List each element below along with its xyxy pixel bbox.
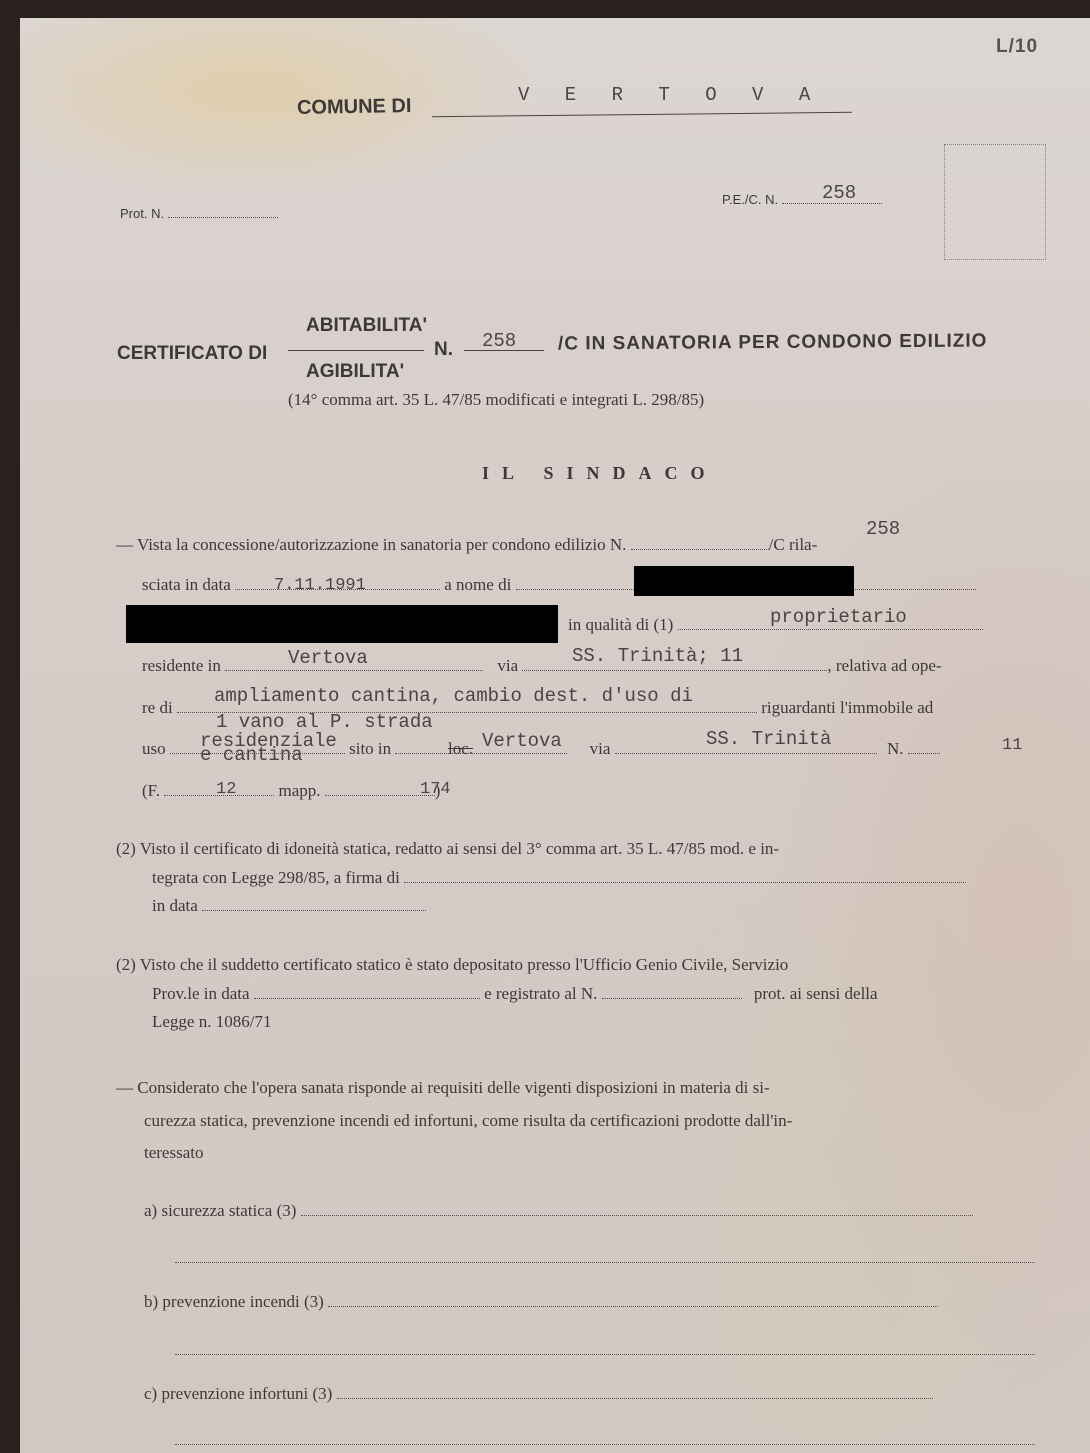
certificate-label: CERTIFICATO DI — [117, 343, 267, 365]
deposito-data-input[interactable] — [254, 997, 480, 999]
residenza-value[interactable]: Vertova — [288, 647, 368, 669]
vista-line-1: — Vista la concessione/autorizzazione in… — [116, 535, 817, 555]
deposito-line-2: Prov.le in data e registrato al N. prot.… — [152, 984, 878, 1004]
redacted-owner-name — [634, 566, 854, 596]
idoneita-data-input[interactable] — [202, 909, 426, 911]
pec-label: P.E./C. N. — [722, 192, 778, 207]
vista-text: mapp. — [279, 781, 321, 800]
requisito-prevenzione-infortuni: c) prevenzione infortuni (3) — [144, 1384, 933, 1404]
vista-text: /C rila- — [769, 535, 818, 554]
residenza-line[interactable] — [225, 669, 483, 671]
via-immobile-value[interactable]: SS. Trinità — [706, 728, 831, 750]
prot-label: Prot. N. — [120, 206, 164, 221]
comune-label: COMUNE DI — [297, 95, 412, 120]
civico-value[interactable]: 11 — [1002, 736, 1022, 755]
vista-text: — Vista la concessione/autorizzazione in… — [116, 535, 626, 554]
vista-text: re di — [142, 698, 173, 717]
via-residenza-value[interactable]: SS. Trinità; 11 — [572, 645, 743, 667]
civico-line[interactable] — [908, 752, 940, 754]
considerato-line-2: curezza statica, prevenzione incendi ed … — [144, 1111, 792, 1131]
vista-text: sito in — [349, 739, 391, 758]
certificate-page: L/10 COMUNE DI V E R T O V A Prot. N. P.… — [20, 18, 1090, 1453]
vista-text: (F. — [142, 781, 160, 800]
prot-input[interactable] — [168, 216, 278, 218]
qualita-line[interactable] — [678, 628, 983, 630]
option-divider — [288, 349, 424, 351]
requisito-sicurezza-statica-line-2[interactable] — [175, 1250, 1035, 1268]
redacted-owner-name-continued — [126, 605, 558, 643]
via-residenza-line[interactable] — [522, 669, 827, 671]
deposito-numero-input[interactable] — [602, 997, 742, 999]
vista-text: residente in — [142, 656, 221, 675]
mappale-line[interactable] — [325, 794, 435, 796]
certificate-title-rest: /C IN SANATORIA PER CONDONO EDILIZIO — [558, 331, 988, 356]
authority-heading: IL SINDACO — [482, 463, 718, 484]
vista-text: sciata in data — [142, 575, 231, 594]
requisito-prevenzione-incendi-line-2[interactable] — [175, 1342, 1035, 1360]
mappale-value[interactable]: 174 — [420, 780, 451, 799]
certificate-n-label: N. — [434, 339, 453, 361]
form-code: L/10 — [996, 36, 1038, 58]
release-date[interactable]: 7.11.1991 — [274, 576, 366, 595]
idoneita-firma-input[interactable] — [404, 881, 966, 883]
qualita-value[interactable]: proprietario — [770, 606, 907, 628]
vista-line-4: residente in via , relativa ad ope- — [142, 656, 942, 676]
vista-text: riguardanti l'immobile ad — [761, 698, 933, 717]
deposito-text: prot. ai sensi della — [754, 984, 878, 1003]
vista-text: a nome di — [444, 575, 511, 594]
requisito-prevenzione-infortuni-line-2[interactable] — [175, 1432, 1035, 1450]
idoneita-line-1: (2) Visto il certificato di idoneità sta… — [116, 839, 779, 859]
prot-field: Prot. N. — [120, 206, 278, 221]
idoneita-text: tegrata con Legge 298/85, a firma di — [152, 868, 400, 887]
requisito-input[interactable] — [301, 1214, 973, 1216]
via-immobile-line[interactable] — [615, 752, 877, 754]
vista-text: N. — [887, 739, 904, 758]
requisito-input[interactable] — [328, 1305, 938, 1307]
requisito-label: c) prevenzione infortuni (3) — [144, 1384, 332, 1403]
sito-line[interactable] — [395, 752, 567, 754]
considerato-line-1: — Considerato che l'opera sanata rispond… — [116, 1078, 770, 1098]
option-abitabilita: ABITABILITA' — [306, 315, 427, 337]
requisito-sicurezza-statica: a) sicurezza statica (3) — [144, 1201, 973, 1221]
loc-struck: loc. — [448, 739, 473, 759]
vista-text: via — [590, 739, 611, 758]
pec-value[interactable]: 258 — [822, 182, 856, 204]
vista-line-7: (F. mapp. ) — [142, 781, 440, 801]
condono-number-line[interactable] — [631, 548, 769, 550]
vista-text: , relativa ad ope- — [827, 656, 941, 675]
deposito-line-1: (2) Visto che il suddetto certificato st… — [116, 955, 788, 975]
deposito-line-3: Legge n. 1086/71 — [152, 1012, 271, 1032]
requisito-input[interactable] — [337, 1397, 933, 1399]
foglio-value[interactable]: 12 — [216, 780, 236, 799]
deposito-text: e registrato al N. — [484, 984, 597, 1003]
certificate-number[interactable]: 258 — [482, 330, 516, 352]
certificate-subtitle: (14° comma art. 35 L. 47/85 modificati e… — [288, 390, 704, 410]
idoneita-line-3: in data — [152, 896, 426, 916]
idoneita-text: in data — [152, 896, 198, 915]
uso-value-line-2[interactable]: e cantina — [200, 744, 303, 766]
option-agibilita: AGIBILITA' — [306, 361, 404, 383]
vista-text: via — [497, 656, 518, 675]
opere-value-line-1[interactable]: ampliamento cantina, cambio dest. d'uso … — [214, 685, 693, 707]
requisito-prevenzione-incendi: b) prevenzione incendi (3) — [144, 1292, 938, 1312]
requisito-label: b) prevenzione incendi (3) — [144, 1292, 324, 1311]
pec-field: P.E./C. N. — [722, 192, 882, 207]
requisito-label: a) sicurezza statica (3) — [144, 1201, 296, 1220]
stamp-box — [944, 144, 1046, 260]
considerato-line-3: teressato — [144, 1143, 203, 1163]
comune-value[interactable]: V E R T O V A — [518, 84, 822, 106]
vista-text: in qualità di (1) — [568, 615, 673, 634]
deposito-text: Prov.le in data — [152, 984, 250, 1003]
condono-number[interactable]: 258 — [866, 518, 900, 540]
sito-value[interactable]: Vertova — [482, 730, 562, 752]
idoneita-line-2: tegrata con Legge 298/85, a firma di — [152, 868, 966, 888]
vista-text: uso — [142, 739, 166, 758]
